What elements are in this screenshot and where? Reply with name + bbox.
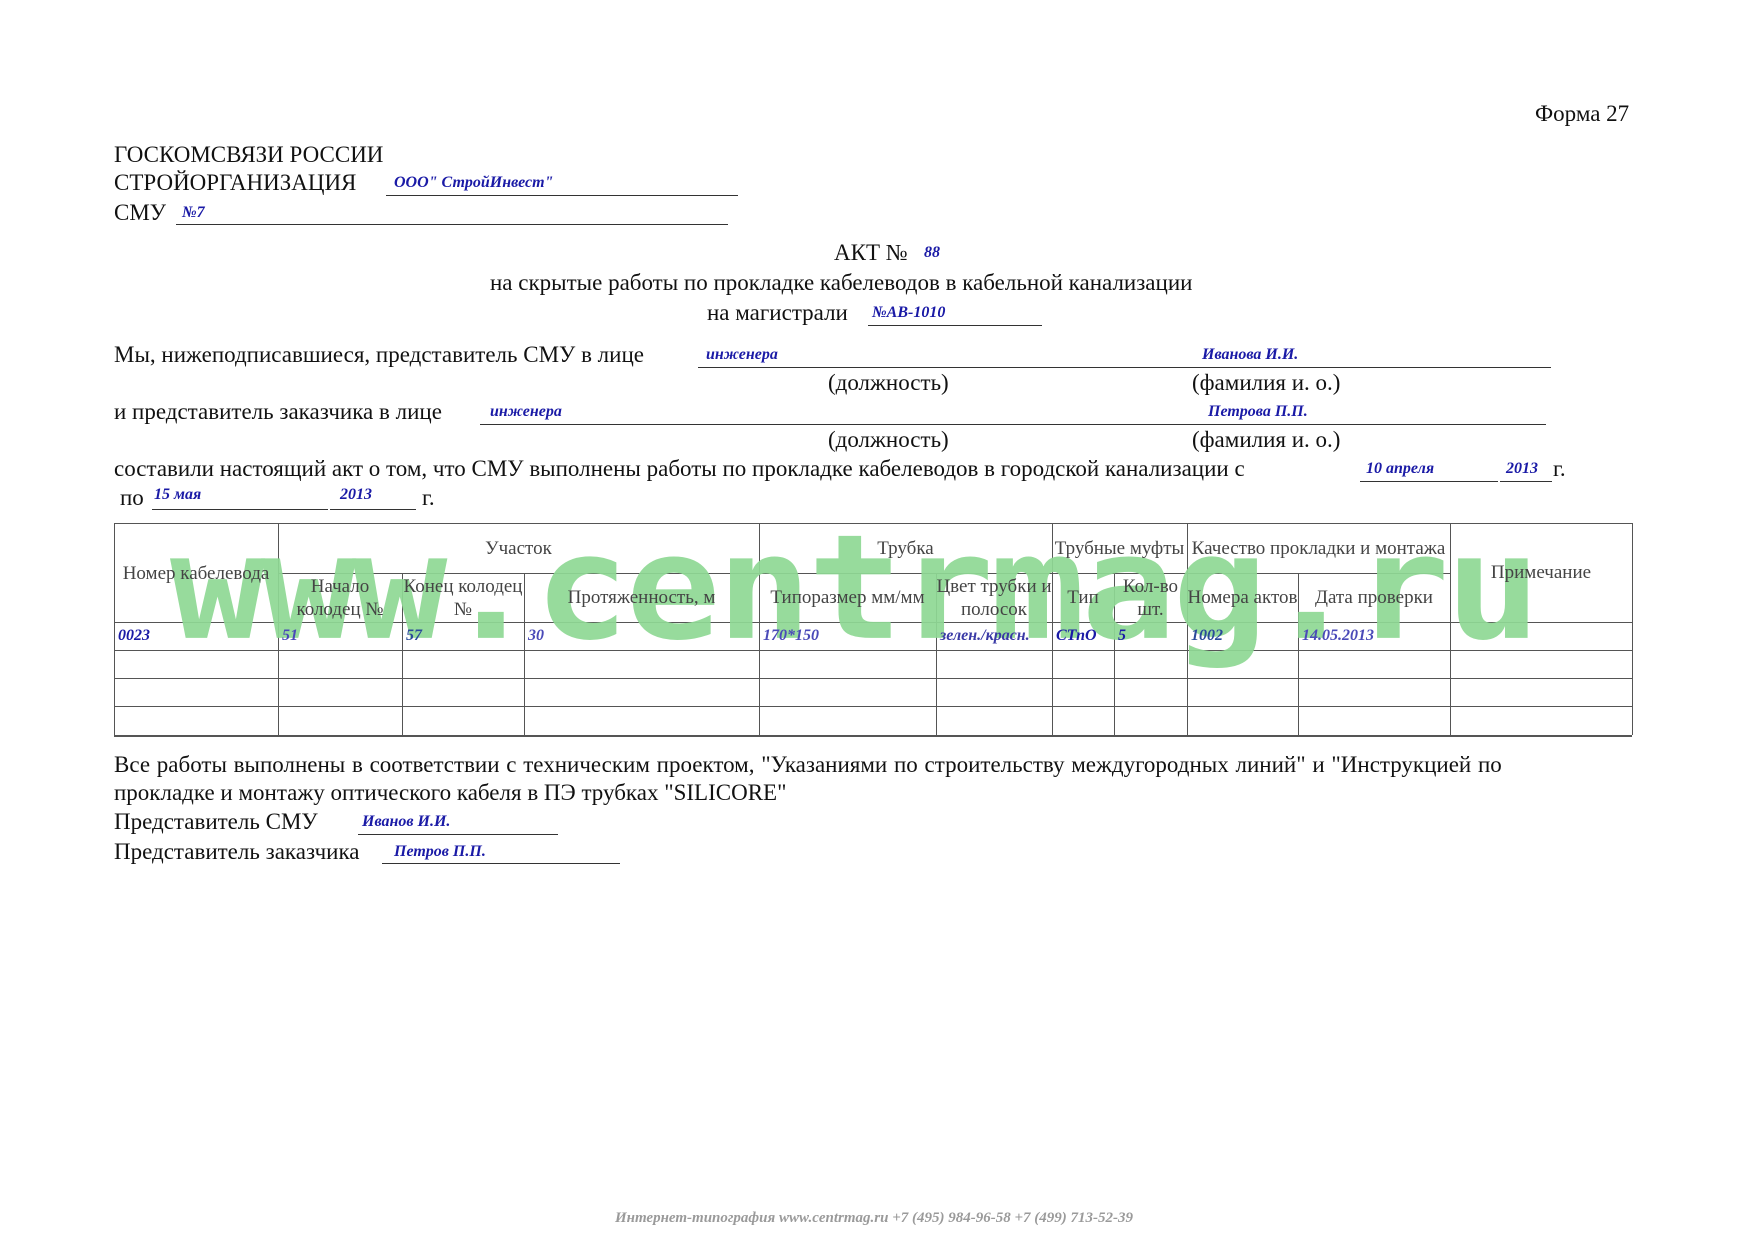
to-year-suffix: г. [422,484,435,512]
position-caption-2: (должность) [828,426,949,454]
smu-value[interactable]: №7 [182,204,205,222]
header-note: Примечание [1450,523,1632,622]
smu-rep-position[interactable]: инженера [706,346,778,364]
conclusion-line-1: Все работы выполнены в соответствии с те… [114,751,1502,779]
cell-coupling-qty[interactable]: 5 [1118,626,1126,646]
act-subtitle: на скрытые работы по прокладке кабелевод… [490,269,1192,297]
smu-rep-underline [698,367,1551,368]
cell-end-well[interactable]: 57 [406,626,422,646]
header-tube-size: Типоразмер мм/мм [759,573,936,622]
name-caption-1: (фамилия и. о.) [1192,369,1340,397]
header-quality: Качество прокладки и монтажа [1187,523,1450,573]
cell-act-numbers[interactable]: 1002 [1191,626,1223,646]
mainline-label: на магистрали [707,299,848,327]
customer-rep-prefix: и представитель заказчика в лице [114,398,442,426]
position-caption-1: (должность) [828,369,949,397]
cell-tube-color[interactable]: зелен./красн. [940,626,1030,646]
cell-check-date[interactable]: 14.05.2013 [1302,626,1374,646]
smu-rep-prefix: Мы, нижеподписавшиеся, представитель СМУ… [114,341,644,369]
smu-label: СМУ [114,199,166,227]
cell-cable-number[interactable]: 0023 [118,626,150,646]
name-caption-2: (фамилия и. о.) [1192,426,1340,454]
header-check-date: Дата проверки [1298,573,1450,622]
row-divider [114,678,1632,679]
act-number[interactable]: 88 [924,244,940,262]
customer-sign-underline [382,863,620,864]
header-coupling-type: Тип [1052,573,1114,622]
from-date[interactable]: 10 апреля [1366,460,1434,478]
row-divider [114,706,1632,707]
to-date[interactable]: 15 мая [154,486,201,504]
org-line-2-value[interactable]: ООО" СтройИнвест" [394,174,553,192]
mainline-value[interactable]: №АВ-1010 [872,304,945,322]
from-year[interactable]: 2013 [1506,460,1538,478]
row-divider [114,650,1632,651]
smu-sign-label: Представитель СМУ [114,808,318,836]
org-line-1: ГОСКОМСВЯЗИ РОССИИ [114,141,383,169]
header-cable-number: Номер кабелевода [114,523,278,622]
org-line-2-underline [386,195,738,196]
smu-underline [176,224,728,225]
from-year-underline [1500,481,1552,482]
form-number: Форма 27 [1535,100,1629,128]
header-tube-color: Цвет трубки и полосок [936,573,1052,622]
customer-sign-label: Представитель заказчика [114,838,359,866]
row-divider [114,622,1632,623]
header-section-end: Конец колодец № [402,573,524,622]
from-date-underline [1360,481,1498,482]
header-section-start: Начало колодец № [278,573,402,622]
to-year-underline [330,509,416,510]
customer-sign-value[interactable]: Петров П.П. [394,843,486,861]
smu-sign-value[interactable]: Иванов И.И. [362,813,450,831]
customer-rep-position[interactable]: инженера [490,403,562,421]
smu-rep-name[interactable]: Иванова И.И. [1202,346,1298,364]
to-label: по [120,484,144,512]
conclusion-line-2: прокладке и монтажу оптического кабеля в… [114,779,786,807]
customer-rep-name[interactable]: Петрова П.П. [1208,403,1308,421]
to-year[interactable]: 2013 [340,486,372,504]
cell-coupling-type[interactable]: СТпО [1056,626,1097,646]
header-tube: Трубка [759,523,1052,573]
header-section: Участок [278,523,759,573]
header-act-numbers: Номера актов [1187,573,1298,622]
header-coupling-qty: Кол-во шт. [1114,573,1187,622]
mainline-underline [868,325,1042,326]
cell-tube-size[interactable]: 170*150 [763,626,819,646]
act-label: АКТ № [834,239,908,267]
header-couplings: Трубные муфты [1052,523,1187,573]
column-divider [1632,523,1633,735]
to-date-underline [152,509,328,510]
cell-length-m[interactable]: 30 [528,626,544,646]
table-border-bottom [114,735,1632,737]
cable-duct-table: Номер кабелевода Участок Начало колодец … [114,523,1632,735]
statement-text: составили настоящий акт о том, что СМУ в… [114,455,1245,483]
smu-sign-underline [358,834,558,835]
cell-start-well[interactable]: 51 [282,626,298,646]
header-section-length: Протяженность, м [524,573,759,622]
org-line-2-label: СТРОЙОРГАНИЗАЦИЯ [114,169,356,197]
customer-rep-underline [480,424,1546,425]
from-year-suffix: г. [1553,455,1566,483]
printer-credit: Интернет-типография www.centrmag.ru +7 (… [0,1210,1748,1227]
